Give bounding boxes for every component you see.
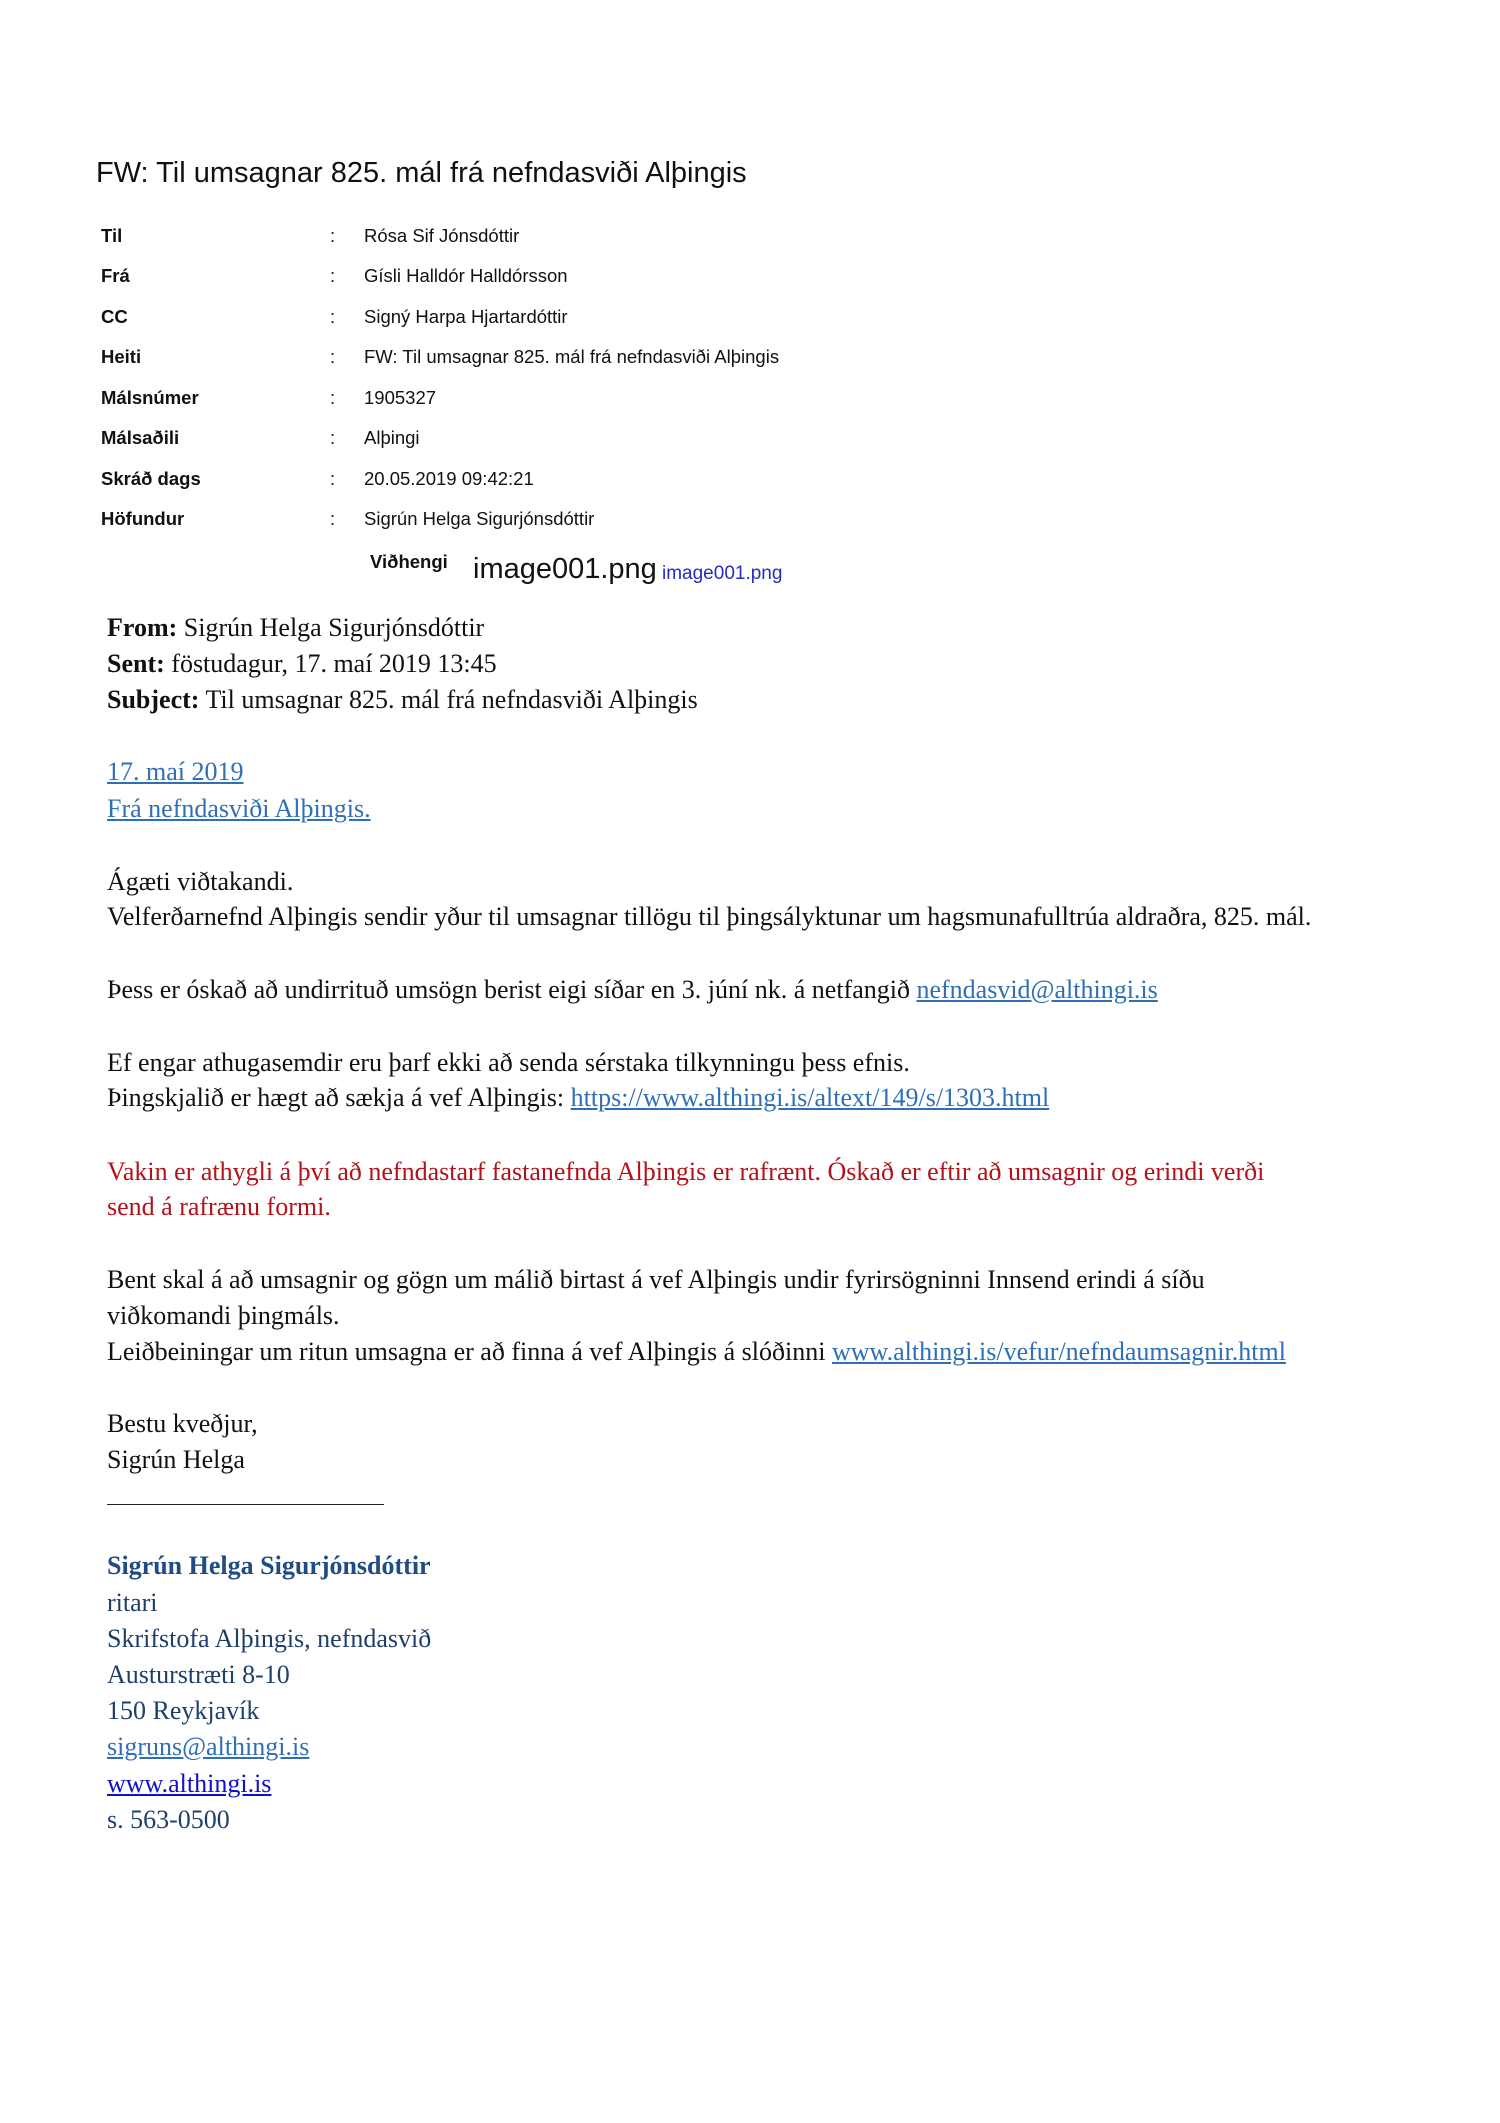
meta-label-fra: Frá [101, 265, 130, 287]
greeting: Ágæti viðtakandi. [107, 867, 293, 897]
email-from: From: Sigrún Helga Sigurjónsdóttir [107, 613, 484, 643]
publish-line-1: Bent skal á að umsagnir og gögn um málið… [107, 1265, 1205, 1295]
publish-line-2: viðkomandi þingmáls. [107, 1301, 340, 1331]
document-title: FW: Til umsagnar 825. mál frá nefndasvið… [96, 155, 747, 191]
signature-office: Skrifstofa Alþingis, nefndasvið [107, 1624, 431, 1654]
closing-name: Sigrún Helga [107, 1445, 245, 1475]
document-url-link[interactable]: https://www.althingi.is/altext/149/s/130… [571, 1083, 1050, 1112]
from-value: Sigrún Helga Sigurjónsdóttir [184, 613, 484, 642]
meta-label-malsnumer: Málsnúmer [101, 387, 199, 409]
deadline-email-link[interactable]: nefndasvid@althingi.is [916, 975, 1157, 1004]
meta-value-cc: Signý Harpa Hjartardóttir [364, 306, 568, 328]
deadline-text: Þess er óskað að undirrituð umsögn beris… [107, 975, 916, 1004]
deadline-paragraph: Þess er óskað að undirrituð umsögn beris… [107, 975, 1158, 1005]
meta-label-til: Til [101, 225, 122, 247]
meta-value-malsadili: Alþingi [364, 427, 420, 449]
meta-separator: : [330, 468, 335, 490]
email-subject: Subject: Til umsagnar 825. mál frá nefnd… [107, 685, 698, 715]
attachment-label: Viðhengi [370, 551, 448, 573]
sent-label: Sent: [107, 649, 165, 678]
meta-value-skrad-dags: 20.05.2019 09:42:21 [364, 468, 534, 490]
intro-paragraph: Velferðarnefnd Alþingis sendir yður til … [107, 902, 1311, 932]
meta-value-malsnumer: 1905327 [364, 387, 436, 409]
signature-street: Austurstræti 8-10 [107, 1660, 290, 1690]
document-paragraph: Þingskjalið er hægt að sækja á vef Alþin… [107, 1083, 1049, 1113]
guidance-text: Leiðbeiningar um ritun umsagna er að fin… [107, 1337, 832, 1366]
signature-phone: s. 563-0500 [107, 1805, 230, 1835]
electronic-notice-line-1: Vakin er athygli á því að nefndastarf fa… [107, 1157, 1264, 1187]
meta-separator: : [330, 427, 335, 449]
guidance-url-link[interactable]: www.althingi.is/vefur/nefndaumsagnir.htm… [832, 1337, 1286, 1366]
signature-name: Sigrún Helga Sigurjónsdóttir [107, 1551, 431, 1581]
signature-email-link[interactable]: sigruns@althingi.is [107, 1732, 309, 1762]
meta-separator: : [330, 346, 335, 368]
attachment-link[interactable]: image001.png [662, 563, 782, 585]
subject-value: Til umsagnar 825. mál frá nefndasviði Al… [205, 685, 697, 714]
date-link[interactable]: 17. maí 2019 [107, 757, 244, 787]
attachment-file-name: image001.png [473, 552, 657, 586]
from-label: From: [107, 613, 177, 642]
meta-label-hofundur: Höfundur [101, 508, 184, 530]
signature-city: 150 Reykjavík [107, 1696, 259, 1726]
electronic-notice-line-2: send á rafrænu formi. [107, 1192, 331, 1222]
meta-label-cc: CC [101, 306, 128, 328]
closing: Bestu kveðjur, [107, 1409, 258, 1439]
meta-separator: : [330, 508, 335, 530]
meta-value-hofundur: Sigrún Helga Sigurjónsdóttir [364, 508, 594, 530]
meta-label-heiti: Heiti [101, 346, 141, 368]
meta-value-heiti: FW: Til umsagnar 825. mál frá nefndasvið… [364, 346, 779, 368]
signature-website-link[interactable]: www.althingi.is [107, 1769, 271, 1799]
email-sent: Sent: föstudagur, 17. maí 2019 13:45 [107, 649, 497, 679]
origin-link[interactable]: Frá nefndasviði Alþingis. [107, 794, 371, 824]
guidance-paragraph: Leiðbeiningar um ritun umsagna er að fin… [107, 1337, 1286, 1367]
document-text: Þingskjalið er hægt að sækja á vef Alþin… [107, 1083, 571, 1112]
meta-label-malsadili: Málsaðili [101, 427, 179, 449]
subject-label: Subject: [107, 685, 199, 714]
meta-separator: : [330, 387, 335, 409]
sent-value: föstudagur, 17. maí 2019 13:45 [171, 649, 496, 678]
meta-separator: : [330, 225, 335, 247]
signature-role: ritari [107, 1588, 158, 1618]
meta-separator: : [330, 265, 335, 287]
meta-separator: : [330, 306, 335, 328]
no-comments-text: Ef engar athugasemdir eru þarf ekki að s… [107, 1048, 910, 1078]
meta-value-til: Rósa Sif Jónsdóttir [364, 225, 519, 247]
meta-label-skrad-dags: Skráð dags [101, 468, 201, 490]
signature-divider [107, 1504, 384, 1505]
meta-value-fra: Gísli Halldór Halldórsson [364, 265, 568, 287]
